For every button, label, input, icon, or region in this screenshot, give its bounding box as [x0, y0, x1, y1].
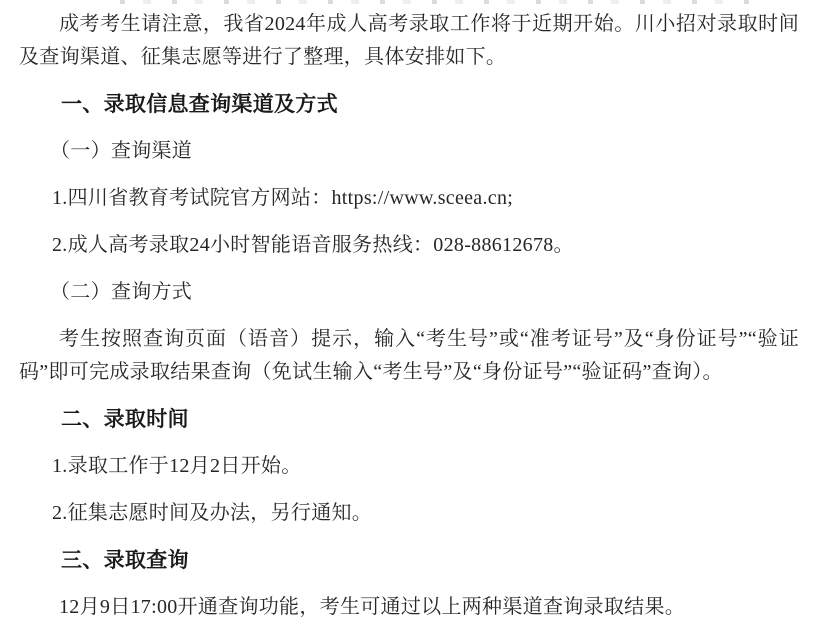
list-item-official-website: 1.四川省教育考试院官方网站：https://www.sceea.cn;: [19, 182, 799, 215]
query-method-paragraph: 考生按照查询页面（语音）提示，输入“考生号”或“准考证号”及“身份证号”“验证码…: [19, 323, 799, 389]
section-heading-query-channels: 一、录取信息查询渠道及方式: [19, 88, 799, 121]
list-item-start-date: 1.录取工作于12月2日开始。: [19, 450, 799, 483]
list-item-volunteer-notice: 2.征集志愿时间及办法，另行通知。: [19, 497, 799, 530]
subsection-heading-channels: （一）查询渠道: [19, 135, 799, 168]
announcement-document: 成考考生请注意，我省2024年成人高考录取工作将于近期开始。川小招对录取时间及查…: [0, 0, 818, 627]
intro-paragraph: 成考考生请注意，我省2024年成人高考录取工作将于近期开始。川小招对录取时间及查…: [19, 8, 799, 74]
section-heading-admission-time: 二、录取时间: [19, 403, 799, 436]
section-heading-result-query: 三、录取查询: [19, 544, 799, 577]
cropped-text-artifact: [120, 0, 760, 4]
subsection-heading-method: （二）查询方式: [19, 276, 799, 309]
result-query-paragraph: 12月9日17:00开通查询功能，考生可通过以上两种渠道查询录取结果。: [19, 591, 799, 624]
list-item-voice-hotline: 2.成人高考录取24小时智能语音服务热线：028-88612678。: [19, 229, 799, 262]
